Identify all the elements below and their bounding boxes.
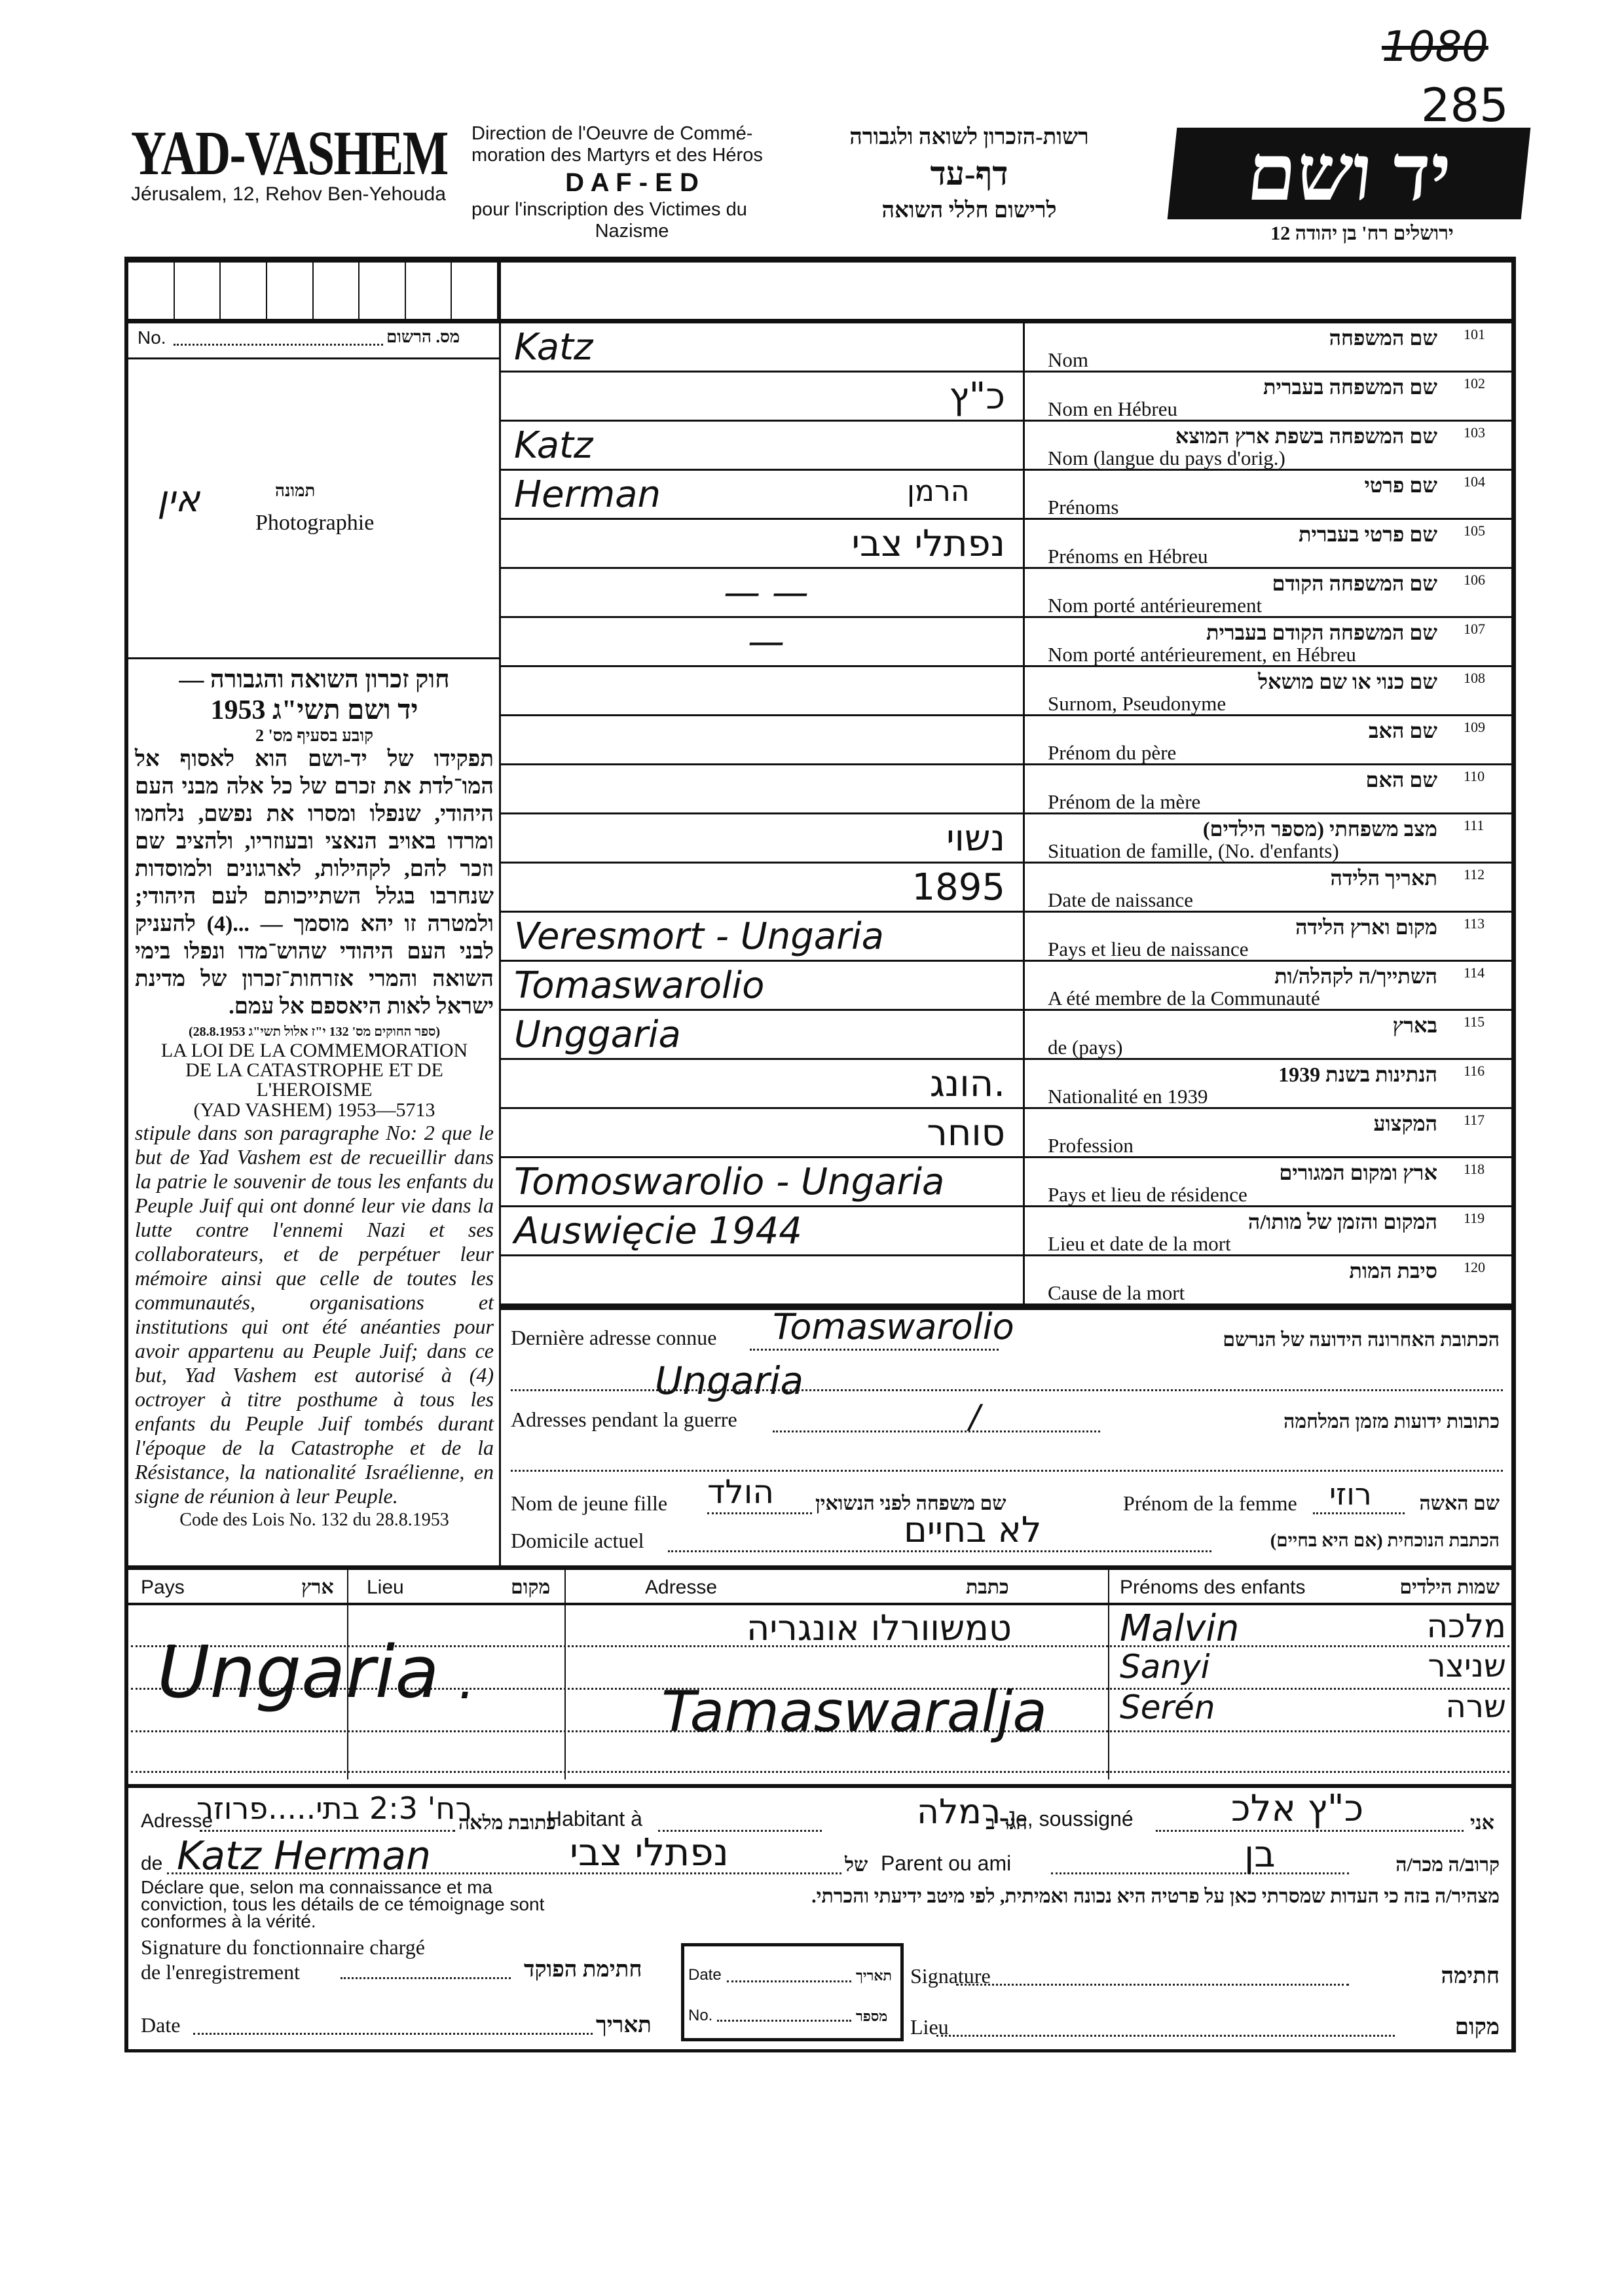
field-label-he: השתייך/ה לקהלה/ות <box>1031 964 1437 989</box>
parent-label-he: קרוב/ה מכר/ה <box>1352 1854 1500 1876</box>
field-row-103: Katzשם המשפחה בשפת ארץ המוצא103Nom (lang… <box>501 422 1511 471</box>
strip-bottom-border <box>124 319 1516 323</box>
declaration-address-field[interactable] <box>200 1830 455 1832</box>
field-number: 111 <box>1464 817 1484 834</box>
logo-address: ירושלים רח' בן יהודה 12 <box>1205 223 1519 245</box>
field-value[interactable]: סוחר <box>514 1112 1018 1155</box>
field-number: 107 <box>1464 621 1485 638</box>
field-number: 102 <box>1464 375 1485 392</box>
field-row-112: 1895תאריך הלידה112Date de naissance <box>501 864 1511 913</box>
field-row-113: Veresmort - Ungariaמקום וארץ הלידה113Pay… <box>501 913 1511 962</box>
declaration-address-value: רח' 2:3 בתי.....פרוזר <box>196 1791 472 1826</box>
field-number: 120 <box>1464 1259 1485 1276</box>
law-fr-body: stipule dans son paragraphe No: 2 que le… <box>135 1121 494 1508</box>
code-box[interactable] <box>314 263 360 319</box>
last-address-label-he: הכתובת האחרונה הידועה של הנרשם <box>1008 1329 1500 1351</box>
field-label-he: תאריך הלידה <box>1031 866 1437 890</box>
field-number: 108 <box>1464 670 1485 687</box>
children-table-top-border <box>124 1565 1516 1570</box>
header-center-line2: moration des Martyrs et des Héros <box>471 145 792 166</box>
children-place-value: . <box>458 1650 475 1711</box>
header-center-block: Direction de l'Oeuvre de Commé- moration… <box>471 123 792 242</box>
declaration-text-he: מצהיר/ה בזה כי העדות שמסרתי כאן על פרטיה… <box>563 1886 1500 1908</box>
field-value[interactable]: — — <box>514 572 1018 615</box>
law-text-hebrew: חוק זכרון השואה והגבורה — יד ושם תשי"ג 1… <box>135 665 494 1040</box>
field-number: 101 <box>1464 326 1485 343</box>
daf-ed-title: D A F - E D <box>471 166 792 199</box>
habitant-label: Habitant à <box>547 1807 642 1831</box>
field-row-101: Katzשם המשפחה101Nom <box>501 323 1511 373</box>
code-box[interactable] <box>221 263 267 319</box>
field-label-he: שם פרטי בעברית <box>1031 522 1437 547</box>
last-address-label: Dernière adresse connue <box>511 1326 717 1350</box>
field-row-115: Unggariaבארץ115de (pays) <box>501 1011 1511 1060</box>
children-address-value-he: טמשוורלו אונגריה <box>747 1607 1012 1649</box>
field-label-fr: Prénoms en Hébreu <box>1048 545 1208 568</box>
date-field[interactable] <box>193 2033 593 2035</box>
children-list: Malvin מלכה Sanyi שניצר Serén שרה <box>1120 1607 1506 1729</box>
child-row: Serén שרה <box>1120 1688 1506 1729</box>
header-children: Prénoms des enfants <box>1120 1576 1306 1599</box>
wife-name-field[interactable] <box>1313 1512 1405 1514</box>
header-country: Pays <box>141 1576 185 1599</box>
children-country-value: Ungaria <box>157 1630 439 1714</box>
field-number: 117 <box>1464 1112 1485 1129</box>
law-fr-title3: L'HEROISME <box>135 1080 494 1100</box>
header-address: Adresse <box>645 1576 717 1599</box>
war-address-label-he: כתובות ידועות מזמן המלחמה <box>1113 1411 1500 1433</box>
wife-name-label-he: שם האשה <box>1408 1493 1500 1515</box>
box-date-label: Date <box>688 1966 722 1984</box>
logo-text: יד ושם <box>1243 128 1455 219</box>
field-number: 110 <box>1464 768 1485 785</box>
struck-archive-number: 1080 <box>1382 23 1488 71</box>
field-value[interactable]: Katz <box>514 326 1018 369</box>
field-label-he: שם המשפחה בעברית <box>1031 375 1437 399</box>
law-he-title: חוק זכרון השואה והגבורה — <box>135 665 494 695</box>
lieu-field[interactable] <box>936 2035 1395 2037</box>
code-box[interactable] <box>175 263 221 319</box>
official-signature-label-1: Signature du fonctionnaire chargé <box>141 1935 425 1959</box>
official-signature-label-he: חתימת הפוקד <box>524 1958 642 1982</box>
parent-value: בן <box>1244 1833 1276 1876</box>
field-label-fr: Situation de famille, (No. d'enfants) <box>1048 839 1339 863</box>
photo-bottom-border <box>128 657 499 659</box>
field-value[interactable]: Veresmort - Ungaria <box>514 915 1018 958</box>
field-row-110: שם האם110Prénom de la mère <box>501 765 1511 814</box>
field-label-fr: A été membre de la Communauté <box>1048 987 1320 1010</box>
field-value[interactable]: כ"ץ <box>514 375 1018 418</box>
field-row-119: Auswięcie 1944המקום והזמן של מותו/ה119Li… <box>501 1207 1511 1256</box>
field-label-he: שם כנוי או שם מושאל <box>1031 670 1437 694</box>
header-center-line4: Nazisme <box>471 221 792 242</box>
box-no-label: No. <box>688 2007 712 2025</box>
child-name: Serén <box>1120 1688 1215 1729</box>
field-label-fr: Surnom, Pseudonyme <box>1048 692 1226 716</box>
field-label-fr: Nom (langue du pays d'orig.) <box>1048 446 1285 470</box>
last-address-field-2[interactable] <box>511 1389 1503 1391</box>
field-row-106: — —שם המשפחה הקודם106Nom porté antérieur… <box>501 569 1511 618</box>
field-value[interactable]: נשוי <box>514 817 1018 860</box>
code-box[interactable] <box>406 263 452 319</box>
field-label-fr: Lieu et date de la mort <box>1048 1232 1231 1256</box>
field-row-104: Hermanהרמןשם פרטי104Prénoms <box>501 471 1511 520</box>
field-row-114: Tomaswarolioהשתייך/ה לקהלה/ות114A été me… <box>501 962 1511 1011</box>
field-row-118: Tomoswarolio - Ungariaארץ ומקום המגורים1… <box>501 1158 1511 1207</box>
field-number: 106 <box>1464 572 1485 589</box>
code-boxes <box>128 263 499 319</box>
field-number: 113 <box>1464 915 1485 932</box>
child-name-he: שרה <box>1446 1688 1506 1729</box>
lieu-label-he: מקום <box>1421 2015 1500 2040</box>
domicile-field[interactable] <box>668 1550 1211 1552</box>
archive-number: 285 <box>1421 79 1509 132</box>
domicile-label: Domicile actuel <box>511 1529 644 1553</box>
field-number: 114 <box>1464 964 1485 981</box>
field-value[interactable]: הונג. <box>514 1063 1018 1106</box>
maiden-name-value: הולד <box>707 1473 774 1511</box>
field-value[interactable]: Auswięcie 1944 <box>514 1210 1018 1253</box>
header-hebrew-block: רשות-הזכרון לשואה ולגבורה דף-עד לרישום ח… <box>812 123 1126 227</box>
law-fr-code: Code des Lois No. 132 du 28.8.1953 <box>135 1510 494 1531</box>
law-he-citation: (ספר החוקים מס' 132 י"ז אלול תשי"ג 28.8.… <box>135 1025 494 1040</box>
registration-no-label-he: מס. הרשום <box>386 327 460 347</box>
field-number: 104 <box>1464 473 1485 490</box>
wife-name-value: רוזי <box>1329 1476 1372 1512</box>
photo-label-he: תמונה <box>275 481 315 501</box>
field-label-fr: Pays et lieu de naissance <box>1048 938 1248 961</box>
field-label-he: ארץ ומקום המגורים <box>1031 1161 1437 1185</box>
child-name-he: מלכה <box>1427 1607 1506 1648</box>
soussigne-value: כ"ץ אלכ <box>1231 1787 1363 1830</box>
domicile-value: לא בחיים <box>904 1509 1041 1550</box>
header-center-line3: pour l'inscription des Victimes du <box>471 199 792 221</box>
header-address-he: כתבת <box>966 1576 1009 1599</box>
header-center-line1: Direction de l'Oeuvre de Commé- <box>471 123 792 145</box>
registration-no-label: No. <box>138 327 166 348</box>
header-country-he: ארץ <box>301 1576 334 1599</box>
field-row-109: שם האב109Prénom du père <box>501 716 1511 765</box>
date-label: Date <box>141 2013 180 2037</box>
field-value[interactable]: Tomaswarolio <box>514 964 1018 1008</box>
table-header-border <box>128 1603 1511 1605</box>
field-number: 109 <box>1464 719 1485 736</box>
field-value[interactable]: נפתלי צבי <box>514 522 1018 566</box>
registration-no-field[interactable] <box>174 344 383 346</box>
field-value[interactable]: Tomoswarolio - Ungaria <box>514 1161 1018 1204</box>
frame-bottom-border <box>124 2049 1516 2052</box>
field-label-fr: Cause de la mort <box>1048 1281 1185 1305</box>
official-signature-label-2: de l'enregistrement <box>141 1959 425 1984</box>
field-label-he: שם המשפחה <box>1031 326 1437 350</box>
header-place-he: מקום <box>511 1576 550 1599</box>
parent-label: Parent ou ami <box>881 1851 1011 1876</box>
header-children-he: שמות הילדים <box>1369 1576 1500 1599</box>
code-box[interactable] <box>128 263 175 319</box>
de-label: de <box>141 1853 162 1875</box>
yad-vashem-title: YAD-VASHEM <box>131 117 448 189</box>
field-label-fr: Date de naissance <box>1048 888 1193 912</box>
law-he-subtitle: יד ושם תשי"ג 1953 <box>135 695 494 726</box>
domicile-label-he: הכתבת הנוכחית (אם היא בחיים) <box>1215 1531 1500 1552</box>
child-name-he: שניצר <box>1428 1648 1506 1688</box>
field-label-fr: Nom <box>1048 348 1088 372</box>
child-name: Malvin <box>1120 1607 1239 1648</box>
law-fr-title2: DE LA CATASTROPHE ET DE <box>135 1061 494 1080</box>
field-label-fr: de (pays) <box>1048 1036 1122 1059</box>
field-label-he: סיבת המות <box>1031 1259 1437 1283</box>
field-number: 119 <box>1464 1210 1485 1227</box>
field-row-116: הונג.הנתינות בשנת 1939116Nationalité en … <box>501 1060 1511 1109</box>
frame-top-border <box>124 257 1516 263</box>
field-number: 116 <box>1464 1063 1485 1080</box>
declaration-text-fr: Déclare que, selon ma connaissance et ma… <box>141 1879 560 1930</box>
box-date-field[interactable] <box>727 1980 851 1982</box>
field-number: 103 <box>1464 424 1485 441</box>
field-label-he: בארץ <box>1031 1013 1437 1038</box>
box-date-label-he: תאריך <box>856 1967 892 1984</box>
last-address-value: Tomaswarolio <box>773 1306 1014 1347</box>
children-address-value: Tamaswaralja <box>661 1679 1047 1745</box>
header-place: Lieu <box>367 1576 404 1599</box>
soussigne-label-he: אני <box>1470 1812 1494 1834</box>
yad-vashem-address: Jérusalem, 12, Rehov Ben-Yehouda <box>131 183 446 206</box>
field-number: 112 <box>1464 866 1485 883</box>
law-text-french: LA LOI DE LA COMMEMORATION DE LA CATASTR… <box>135 1041 494 1531</box>
field-number: 118 <box>1464 1161 1485 1178</box>
de-value: Katz Herman <box>177 1833 431 1879</box>
field-label-fr: Nom porté antérieurement <box>1048 594 1262 617</box>
war-address-field[interactable] <box>773 1430 1100 1432</box>
table-col-divider-3 <box>1108 1570 1109 1779</box>
law-he-ref: קובע בסעיף מס' 2 <box>135 726 494 746</box>
law-he-body: תפקידו של יד-ושם הוא לאסוף אל המו־לדת את… <box>135 746 494 1021</box>
office-stamp-box: Date תאריך No. מספר <box>681 1943 904 2041</box>
code-box[interactable] <box>267 263 314 319</box>
field-label-he: שם המשפחה הקודם בעברית <box>1031 621 1437 645</box>
field-label-he: שם האם <box>1031 768 1437 792</box>
box-no-label-he: מספר <box>856 2008 887 2025</box>
last-address-value-2: Ungaria <box>655 1358 803 1403</box>
field-label-he: המקצוע <box>1031 1112 1437 1136</box>
header-hebrew-line3: לרישום חללי השואה <box>812 195 1126 227</box>
box-no-field[interactable] <box>717 2020 851 2022</box>
law-fr-title4: (YAD VASHEM) 1953—5713 <box>135 1100 494 1121</box>
field-label-he: שם המשפחה בשפת ארץ המוצא <box>1031 424 1437 448</box>
soussigne-field[interactable] <box>1156 1830 1464 1832</box>
field-value-he: הרמן <box>907 475 969 508</box>
field-row-111: נשוימצב משפחתי (מספר הילדים)111Situation… <box>501 814 1511 864</box>
parent-field[interactable] <box>1051 1872 1349 1874</box>
field-label-fr: Profession <box>1048 1134 1134 1157</box>
field-label-he: המקום והזמן של מותו/ה <box>1031 1210 1437 1234</box>
field-label-he: מצב משפחתי (מספר הילדים) <box>1031 817 1437 841</box>
code-box[interactable] <box>452 263 499 319</box>
field-row-120: סיבת המות120Cause de la mort <box>501 1256 1511 1305</box>
war-address-label: Adresses pendant la guerre <box>511 1408 737 1432</box>
maiden-name-label: Nom de jeune fille <box>511 1491 667 1516</box>
war-address-field-2[interactable] <box>511 1470 1503 1472</box>
field-row-107: —שם המשפחה הקודם בעברית107Nom porté anté… <box>501 618 1511 667</box>
field-number: 105 <box>1464 522 1485 539</box>
field-row-108: שם כנוי או שם מושאל108Surnom, Pseudonyme <box>501 667 1511 716</box>
photo-handwritten-note: אין <box>157 478 200 520</box>
field-label-fr: Pays et lieu de résidence <box>1048 1183 1247 1207</box>
soussigne-label: Je, soussigné <box>1005 1807 1134 1831</box>
law-fr-title1: LA LOI DE LA COMMEMORATION <box>135 1041 494 1061</box>
field-label-he: שם המשפחה הקודם <box>1031 572 1437 596</box>
table-row-line[interactable] <box>131 1771 1509 1773</box>
signature-label-he: חתימה <box>1388 1964 1500 1989</box>
header-hebrew-title: דף-עד <box>812 152 1126 195</box>
signature-field[interactable] <box>956 1984 1349 1986</box>
field-label-he: הנתינות בשנת 1939 <box>1031 1063 1437 1087</box>
last-address-field[interactable] <box>750 1349 999 1351</box>
date-label-he: תאריך <box>596 2013 652 2038</box>
yad-vashem-logo: יד ושם <box>1168 128 1531 219</box>
field-row-117: סוחרהמקצוע117Profession <box>501 1109 1511 1158</box>
de-label-he: של <box>845 1854 868 1876</box>
code-box[interactable] <box>360 263 406 319</box>
maiden-name-field[interactable] <box>707 1512 812 1514</box>
field-label-he: שם האב <box>1031 719 1437 743</box>
field-label-fr: Nationalité en 1939 <box>1048 1085 1208 1108</box>
table-col-divider-2 <box>564 1570 566 1779</box>
wife-name-label: Prénom de la femme <box>1123 1491 1297 1516</box>
field-row-102: כ"ץשם המשפחה בעברית102Nom en Hébreu <box>501 373 1511 422</box>
declaration-address-label-he: כתובת מלאה <box>458 1812 556 1834</box>
field-label-fr: Nom porté antérieurement, en Hébreu <box>1048 643 1356 666</box>
header-hebrew-line1: רשות-הזכרון לשואה ולגבורה <box>812 123 1126 152</box>
field-row-105: נפתלי צבישם פרטי בעברית105Prénoms en Héb… <box>501 520 1511 569</box>
de-value-he: נפתלי צבי <box>570 1830 729 1874</box>
field-value[interactable]: Unggaria <box>514 1013 1018 1057</box>
field-value[interactable]: — <box>514 621 1018 664</box>
field-number: 115 <box>1464 1013 1485 1030</box>
child-row: Malvin מלכה <box>1120 1607 1506 1648</box>
field-label-fr: Nom en Hébreu <box>1048 397 1177 421</box>
field-value[interactable]: 1895 <box>514 866 1018 909</box>
field-label-fr: Prénom du père <box>1048 741 1176 765</box>
field-label-fr: Prénom de la mère <box>1048 790 1200 814</box>
field-label-fr: Prénoms <box>1048 496 1119 519</box>
field-value[interactable]: Katz <box>514 424 1018 467</box>
field-label-he: שם פרטי <box>1031 473 1437 498</box>
field-label-he: מקום וארץ הלידה <box>1031 915 1437 939</box>
war-address-value: / <box>969 1398 980 1436</box>
frame-right-border <box>1511 257 1516 2050</box>
child-row: Sanyi שניצר <box>1120 1648 1506 1688</box>
photo-label: Photographie <box>255 511 374 536</box>
official-signature-field[interactable] <box>341 1977 511 1979</box>
child-name: Sanyi <box>1120 1648 1210 1688</box>
